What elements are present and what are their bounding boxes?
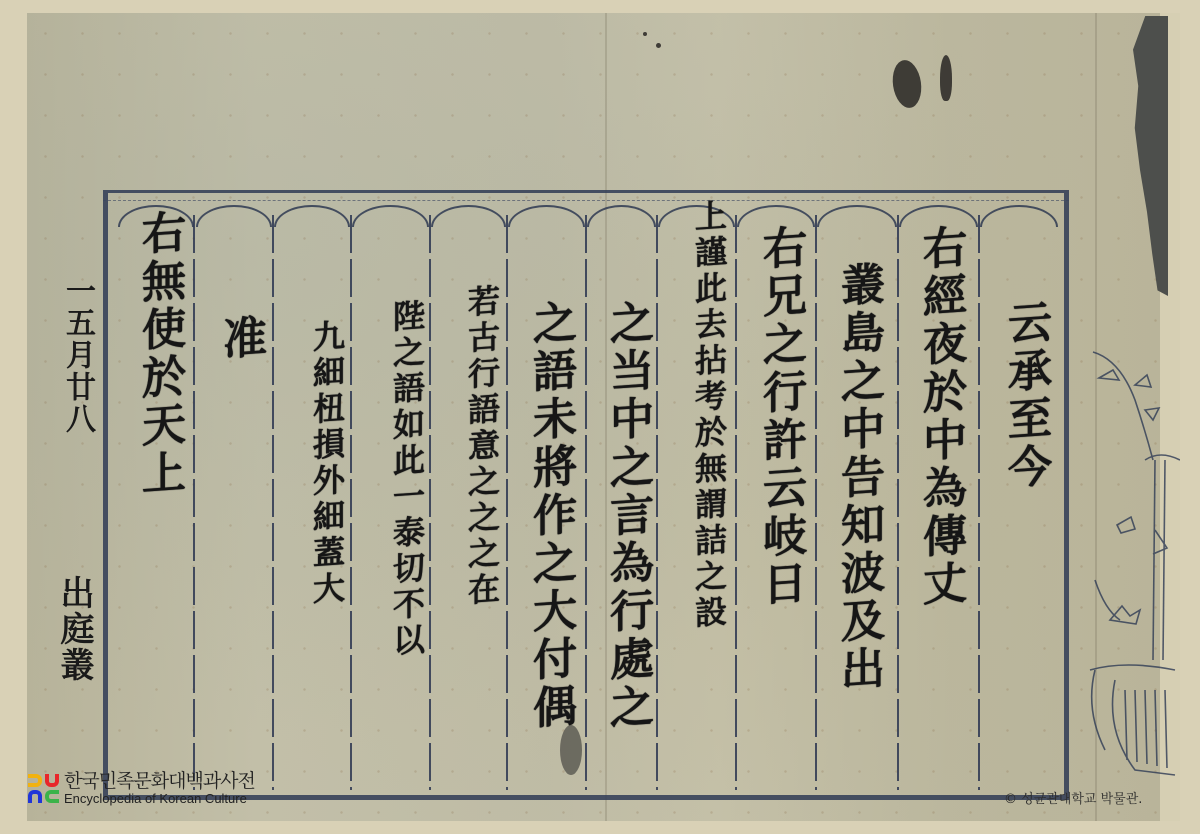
text-column-12: 右無使於天上 [125, 208, 195, 501]
column-divider [897, 215, 899, 790]
ink-blot [940, 55, 952, 101]
column-divider [815, 215, 817, 790]
signature: 出庭叢 [45, 575, 103, 683]
text-column-10: 九細杻損外細蓋大 [285, 318, 355, 611]
encyclopedia-watermark: 한국민족문화대백과사전 Encyclopedia of Korean Cultu… [28, 772, 255, 805]
text-column-2: 右經夜於中為傳丈 [905, 223, 975, 612]
date-line: 一五月廿八 [55, 275, 99, 435]
text-column-1: 云承至今 [990, 298, 1060, 495]
frame-inner-line [103, 200, 1069, 202]
plant-vase-illustration [1075, 330, 1180, 790]
text-column-7: 之語未將作之大付偶 [515, 298, 585, 735]
watermark-english: Encyclopedia of Korean Culture [64, 792, 255, 805]
text-column-8: 若古行語意之之之在 [440, 283, 510, 612]
column-divider [735, 215, 737, 790]
ink-dot [643, 32, 647, 36]
column-divider [585, 215, 587, 790]
text-column-4: 右兄之行許云岐日 [745, 223, 815, 612]
column-divider [272, 215, 274, 790]
text-column-5: 上謹此去拈考於無謂詰之設 [665, 198, 735, 635]
text-column-3: 叢島之中告知波及出 [823, 260, 893, 697]
watermark-korean: 한국민족문화대백과사전 [64, 772, 255, 791]
text-column-11: 准 [205, 313, 275, 366]
encyclopedia-logo-icon [28, 774, 60, 804]
column-divider [978, 215, 980, 790]
museum-copyright: © 성균관대학교 박물관. [1004, 788, 1142, 807]
ink-dot [656, 43, 661, 48]
text-column-6: 之当中之言為行處之 [592, 298, 662, 735]
text-column-9: 陛之語如此一泰切不以 [362, 298, 432, 663]
